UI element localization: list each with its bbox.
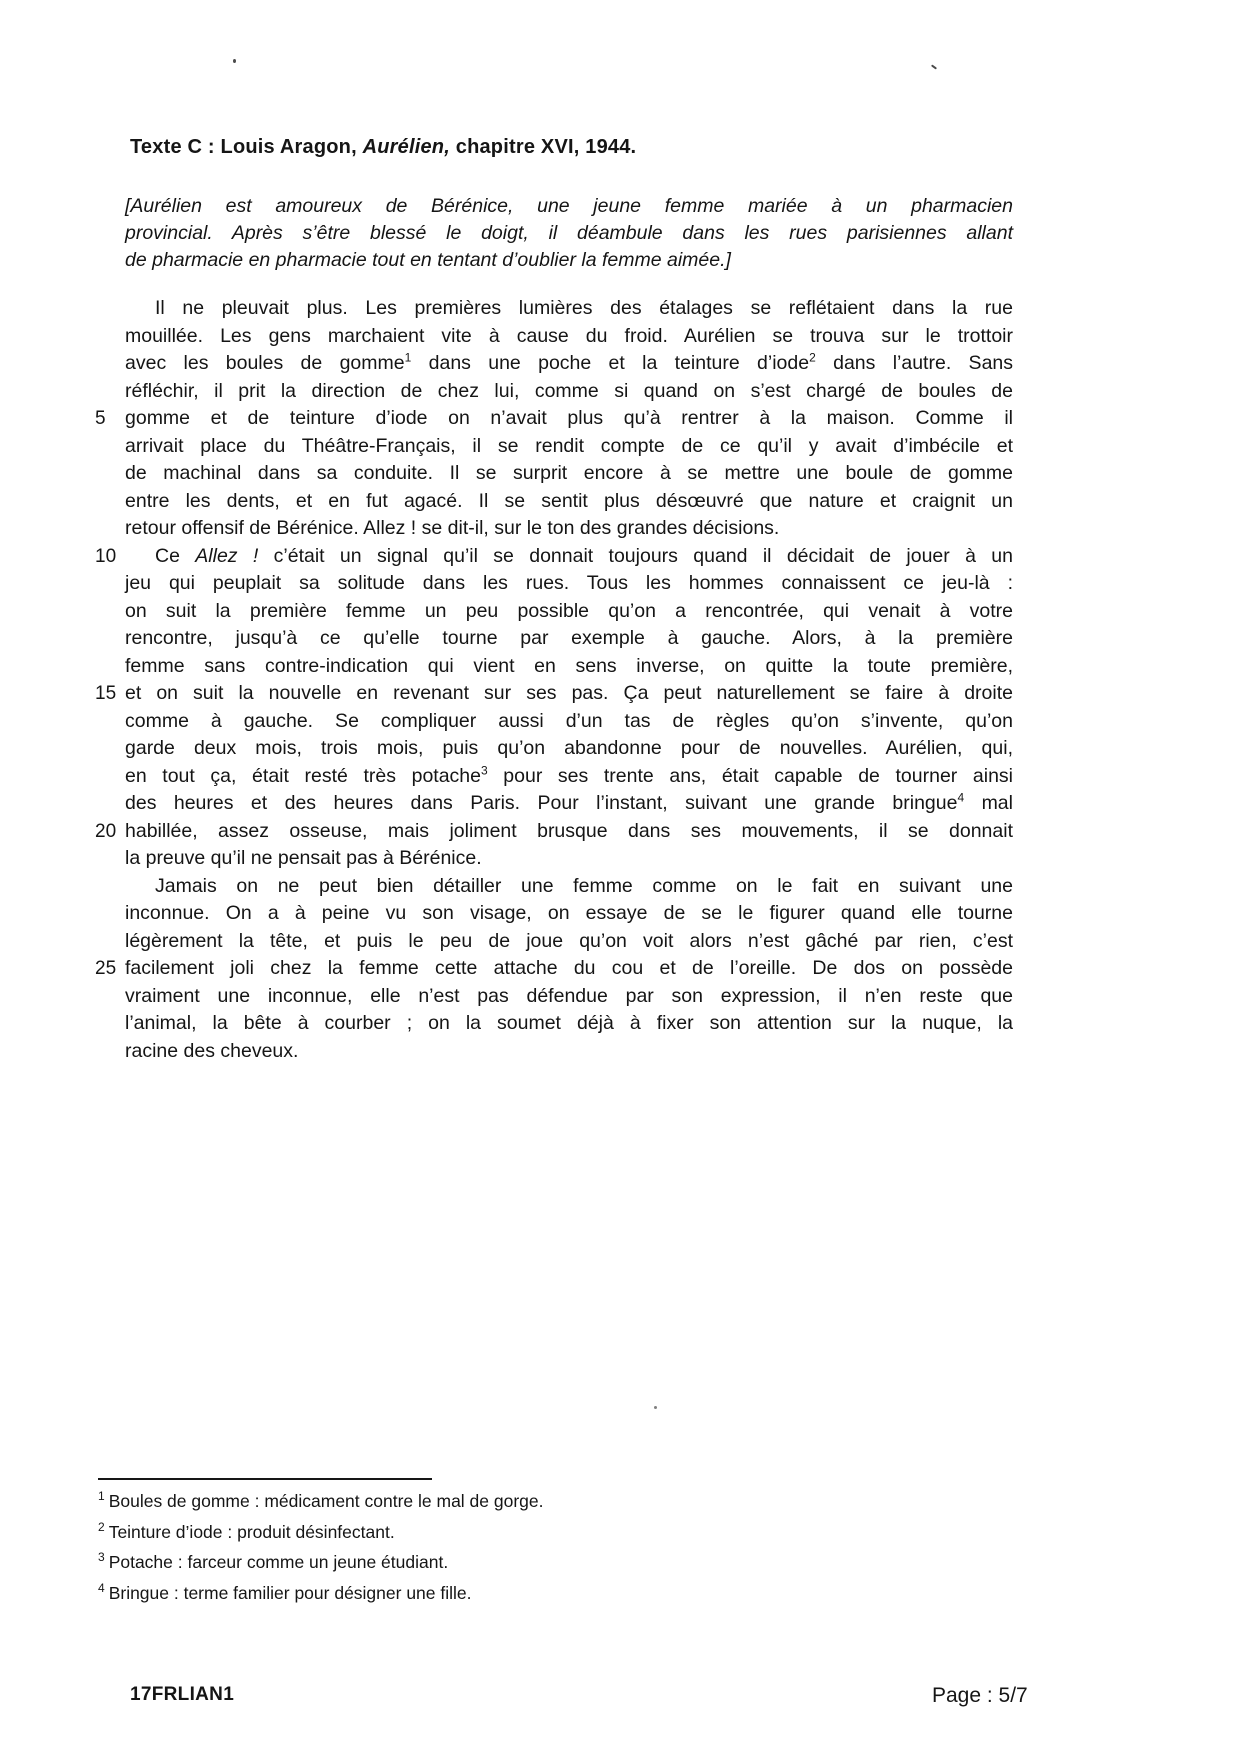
text-line: en tout ça, était resté très potache3 po…: [95, 763, 1013, 791]
line-text: légèrement la tête, et puis le peu de jo…: [125, 928, 1013, 956]
text-segment: jeu qui peuplait sa solitude dans les ru…: [125, 572, 1013, 594]
line-number: [95, 900, 125, 928]
line-number: [95, 598, 125, 626]
text-segment: l’animal, la bête à courber ; on la soum…: [125, 1012, 1013, 1034]
text-line: garde deux mois, trois mois, puis qu’on …: [95, 735, 1013, 763]
text-segment: inconnue. On a à peine vu son visage, on…: [125, 902, 1013, 924]
text-line: l’animal, la bête à courber ; on la soum…: [95, 1010, 1013, 1038]
line-number: [95, 928, 125, 956]
text-segment: mal: [964, 792, 1013, 814]
line-text: de machinal dans sa conduite. Il se surp…: [125, 460, 1013, 488]
text-line: comme à gauche. Se compliquer aussi d’un…: [95, 708, 1013, 736]
line-text: garde deux mois, trois mois, puis qu’on …: [125, 735, 1013, 763]
line-text: inconnue. On a à peine vu son visage, on…: [125, 900, 1013, 928]
line-number: [95, 323, 125, 351]
line-number: [95, 845, 125, 873]
text-line: 25facilement joli chez la femme cette at…: [95, 955, 1013, 983]
page-title: Texte C : Louis Aragon, Aurélien, chapit…: [130, 136, 636, 159]
line-number: [95, 570, 125, 598]
page-number: Page : 5/7: [932, 1684, 1028, 1708]
text-segment: Texte C : Louis Aragon,: [130, 136, 363, 158]
line-number: [95, 1010, 125, 1038]
line-number: [95, 790, 125, 818]
text-segment: chapitre XVI, 1944.: [450, 136, 636, 158]
line-text: on suit la première femme un peu possibl…: [125, 598, 1013, 626]
text-line: des heures et des heures dans Paris. Pou…: [95, 790, 1013, 818]
line-text: des heures et des heures dans Paris. Pou…: [125, 790, 1013, 818]
scan-artifact: [654, 1406, 657, 1409]
scan-artifact: [931, 64, 937, 69]
text-segment: Jamais on ne peut bien détailler une fem…: [155, 875, 1013, 897]
text-segment: Il ne pleuvait plus. Les premières lumiè…: [155, 297, 1013, 319]
line-text: habillée, assez osseuse, mais joliment b…: [125, 818, 1013, 846]
text-segment: vraiment une inconnue, elle n’est pas dé…: [125, 985, 1013, 1007]
line-text: rencontre, jusqu’à ce qu’elle tourne par…: [125, 625, 1013, 653]
footnote-text: Potache : farceur comme un jeune étudian…: [109, 1552, 449, 1572]
line-number: 15: [95, 680, 125, 708]
intro-line: provincial. Après s’être blessé le doigt…: [125, 220, 1013, 247]
footnote-separator: [98, 1478, 432, 1480]
text-line: jeu qui peuplait sa solitude dans les ru…: [95, 570, 1013, 598]
footnote-reference: 2: [809, 351, 816, 365]
text-segment: arrivait place du Théâtre-Français, il s…: [125, 435, 1013, 457]
text-segment: réfléchir, il prit la direction de chez …: [125, 380, 1013, 402]
text-segment: Ce: [155, 545, 195, 567]
text-segment: de machinal dans sa conduite. Il se surp…: [125, 462, 1013, 484]
footnote-number: 2: [98, 1520, 105, 1534]
text-segment: avec les boules de gomme: [125, 352, 405, 374]
footnote-text: Teinture d’iode : produit désinfectant.: [109, 1522, 395, 1542]
text-line: inconnue. On a à peine vu son visage, on…: [95, 900, 1013, 928]
text-line: rencontre, jusqu’à ce qu’elle tourne par…: [95, 625, 1013, 653]
line-text: Il ne pleuvait plus. Les premières lumiè…: [125, 295, 1013, 323]
text-line: racine des cheveux.: [95, 1038, 1013, 1066]
text-segment: Allez !: [195, 545, 258, 567]
footnote-reference: 3: [481, 763, 488, 777]
line-number: 5: [95, 405, 125, 433]
line-number: 25: [95, 955, 125, 983]
line-text: Ce Allez ! c’était un signal qu’il se do…: [125, 543, 1013, 571]
text-line: 15et on suit la nouvelle en revenant sur…: [95, 680, 1013, 708]
text-body: Il ne pleuvait plus. Les premières lumiè…: [95, 295, 1013, 1065]
text-segment: la preuve qu’il ne pensait pas à Bérénic…: [125, 847, 482, 869]
footnote-list: 1Boules de gomme : médicament contre le …: [98, 1486, 738, 1608]
line-text: vraiment une inconnue, elle n’est pas dé…: [125, 983, 1013, 1011]
line-text: mouillée. Les gens marchaient vite à cau…: [125, 323, 1013, 351]
line-text: facilement joli chez la femme cette atta…: [125, 955, 1013, 983]
line-text: femme sans contre-indication qui vient e…: [125, 653, 1013, 681]
text-segment: pour ses trente ans, était capable de to…: [488, 765, 1013, 787]
document-page: Texte C : Louis Aragon, Aurélien, chapit…: [0, 0, 1241, 1755]
line-text: retour offensif de Bérénice. Allez ! se …: [125, 515, 1013, 543]
text-segment: on suit la première femme un peu possibl…: [125, 600, 1013, 622]
text-line: Jamais on ne peut bien détailler une fem…: [95, 873, 1013, 901]
line-text: comme à gauche. Se compliquer aussi d’un…: [125, 708, 1013, 736]
line-number: [95, 488, 125, 516]
line-number: [95, 295, 125, 323]
line-text: jeu qui peuplait sa solitude dans les ru…: [125, 570, 1013, 598]
text-segment: habillée, assez osseuse, mais joliment b…: [125, 820, 1013, 842]
text-line: la preuve qu’il ne pensait pas à Bérénic…: [95, 845, 1013, 873]
text-line: légèrement la tête, et puis le peu de jo…: [95, 928, 1013, 956]
text-line: femme sans contre-indication qui vient e…: [95, 653, 1013, 681]
footnote: 1Boules de gomme : médicament contre le …: [98, 1486, 738, 1517]
line-number: [95, 873, 125, 901]
text-line: retour offensif de Bérénice. Allez ! se …: [95, 515, 1013, 543]
text-segment: et on suit la nouvelle en revenant sur s…: [125, 682, 1013, 704]
line-number: [95, 378, 125, 406]
footnote-text: Boules de gomme : médicament contre le m…: [109, 1491, 544, 1511]
line-text: entre les dents, et en fut agacé. Il se …: [125, 488, 1013, 516]
line-text: racine des cheveux.: [125, 1038, 1013, 1066]
line-number: [95, 625, 125, 653]
text-segment: dans l’autre. Sans: [816, 352, 1013, 374]
line-number: [95, 735, 125, 763]
line-number: [95, 460, 125, 488]
line-number: [95, 515, 125, 543]
text-segment: facilement joli chez la femme cette atta…: [125, 957, 1013, 979]
line-number: [95, 350, 125, 378]
text-segment: mouillée. Les gens marchaient vite à cau…: [125, 325, 1013, 347]
text-line: Il ne pleuvait plus. Les premières lumiè…: [95, 295, 1013, 323]
line-text: l’animal, la bête à courber ; on la soum…: [125, 1010, 1013, 1038]
text-segment: c’était un signal qu’il se donnait toujo…: [258, 545, 1013, 567]
text-segment: retour offensif de Bérénice. Allez ! se …: [125, 517, 779, 539]
text-segment: en tout ça, était resté très potache: [125, 765, 481, 787]
text-segment: gomme et de teinture d’iode on n’avait p…: [125, 407, 1013, 429]
footnote: 4Bringue : terme familier pour désigner …: [98, 1578, 738, 1609]
text-line: réfléchir, il prit la direction de chez …: [95, 378, 1013, 406]
scan-artifact: [233, 59, 236, 63]
line-text: arrivait place du Théâtre-Français, il s…: [125, 433, 1013, 461]
line-text: et on suit la nouvelle en revenant sur s…: [125, 680, 1013, 708]
line-text: la preuve qu’il ne pensait pas à Bérénic…: [125, 845, 1013, 873]
intro-line: de pharmacie en pharmacie tout en tentan…: [125, 247, 1013, 274]
text-segment: dans une poche et la teinture d’iode: [411, 352, 809, 374]
footnote-text: Bringue : terme familier pour désigner u…: [109, 1583, 472, 1603]
text-line: 10Ce Allez ! c’était un signal qu’il se …: [95, 543, 1013, 571]
line-number: 10: [95, 543, 125, 571]
line-text: Jamais on ne peut bien détailler une fem…: [125, 873, 1013, 901]
text-segment: femme sans contre-indication qui vient e…: [125, 655, 1013, 677]
text-line: vraiment une inconnue, elle n’est pas dé…: [95, 983, 1013, 1011]
footnotes-section: 1Boules de gomme : médicament contre le …: [98, 1478, 738, 1608]
text-segment: des heures et des heures dans Paris. Pou…: [125, 792, 957, 814]
line-number: [95, 983, 125, 1011]
footnote-number: 3: [98, 1550, 105, 1564]
line-text: gomme et de teinture d’iode on n’avait p…: [125, 405, 1013, 433]
text-line: mouillée. Les gens marchaient vite à cau…: [95, 323, 1013, 351]
footnote: 2Teinture d’iode : produit désinfectant.: [98, 1517, 738, 1548]
text-line: avec les boules de gomme1 dans une poche…: [95, 350, 1013, 378]
text-line: on suit la première femme un peu possibl…: [95, 598, 1013, 626]
line-number: [95, 433, 125, 461]
text-line: 20habillée, assez osseuse, mais joliment…: [95, 818, 1013, 846]
line-number: 20: [95, 818, 125, 846]
text-segment: Aurélien,: [363, 136, 450, 158]
intro-line: [Aurélien est amoureux de Bérénice, une …: [125, 193, 1013, 220]
line-number: [95, 708, 125, 736]
text-segment: garde deux mois, trois mois, puis qu’on …: [125, 737, 1013, 759]
footnote: 3Potache : farceur comme un jeune étudia…: [98, 1547, 738, 1578]
text-segment: comme à gauche. Se compliquer aussi d’un…: [125, 710, 1013, 732]
text-segment: entre les dents, et en fut agacé. Il se …: [125, 490, 1013, 512]
footnote-number: 4: [98, 1581, 105, 1595]
text-segment: rencontre, jusqu’à ce qu’elle tourne par…: [125, 627, 1013, 649]
document-code: 17FRLIAN1: [130, 1684, 234, 1706]
line-number: [95, 653, 125, 681]
intro-paragraph: [Aurélien est amoureux de Bérénice, une …: [125, 193, 1013, 274]
text-line: entre les dents, et en fut agacé. Il se …: [95, 488, 1013, 516]
text-line: arrivait place du Théâtre-Français, il s…: [95, 433, 1013, 461]
line-number: [95, 763, 125, 791]
line-text: en tout ça, était resté très potache3 po…: [125, 763, 1013, 791]
text-line: de machinal dans sa conduite. Il se surp…: [95, 460, 1013, 488]
text-segment: racine des cheveux.: [125, 1040, 298, 1062]
line-text: avec les boules de gomme1 dans une poche…: [125, 350, 1013, 378]
text-line: 5gomme et de teinture d’iode on n’avait …: [95, 405, 1013, 433]
text-segment: légèrement la tête, et puis le peu de jo…: [125, 930, 1013, 952]
line-number: [95, 1038, 125, 1066]
line-text: réfléchir, il prit la direction de chez …: [125, 378, 1013, 406]
footnote-number: 1: [98, 1489, 105, 1503]
